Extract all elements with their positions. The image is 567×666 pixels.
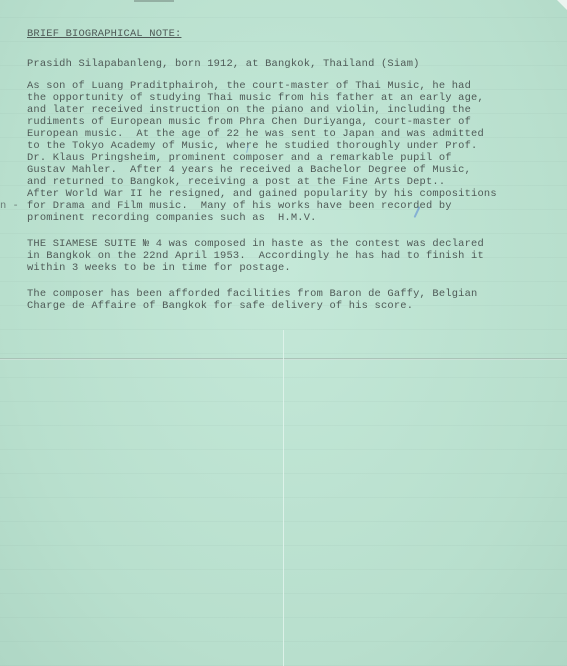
text-line: within 3 weeks to be in time for postage… [27, 262, 291, 274]
text-line: rudiments of European music from Phra Ch… [27, 116, 471, 128]
text-line: As son of Luang Praditphairoh, the court… [27, 80, 471, 92]
text-line: the opportunity of studying Thai music f… [27, 92, 484, 104]
document-page: n - BRIEF BIOGRAPHICAL NOTE: Prasidh Sil… [0, 0, 567, 666]
text-line: After World War II he resigned, and gain… [27, 188, 497, 200]
subject-line: Prasidh Silapabanleng, born 1912, at Ban… [27, 58, 420, 70]
vertical-fold-crease [283, 330, 284, 666]
text-line: Dr. Klaus Pringsheim, prominent composer… [27, 152, 452, 164]
text-line: for Drama and Film music. Many of his wo… [27, 200, 452, 212]
text-line: to the Tokyo Academy of Music, where he … [27, 140, 477, 152]
text-line: prominent recording companies such as H.… [27, 212, 317, 224]
text-line: THE SIAMESE SUITE № 4 was composed in ha… [27, 238, 484, 250]
text-line: European music. At the age of 22 he was … [27, 128, 484, 140]
text-line: in Bangkok on the 22nd April 1953. Accor… [27, 250, 484, 262]
text-line: Charge de Affaire of Bangkok for safe de… [27, 300, 413, 312]
text-line: The composer has been afforded facilitie… [27, 288, 477, 300]
text-line: Gustav Mahler. After 4 years he received… [27, 164, 471, 176]
text-line: and returned to Bangkok, receiving a pos… [27, 176, 445, 188]
margin-mark: n - [0, 200, 19, 212]
heading: BRIEF BIOGRAPHICAL NOTE: [27, 28, 181, 40]
folded-corner [557, 0, 567, 10]
top-edge-mark [134, 0, 174, 2]
text-line: and later received instruction on the pi… [27, 104, 471, 116]
